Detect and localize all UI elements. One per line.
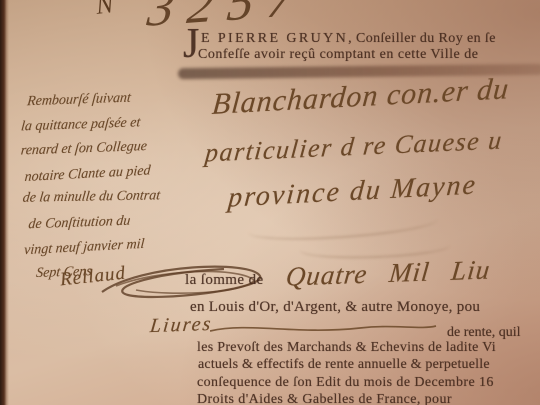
printed-body-line: actuels & effectifs de rente annuelle & … xyxy=(198,357,490,373)
amount-flourish-line xyxy=(210,322,438,336)
printed-header-line2: Confeſſe avoir reçû comptant en cette Vi… xyxy=(198,47,478,63)
handwritten-amount-unit: Liures xyxy=(149,313,214,338)
handwritten-payee-line3: province du Mayne xyxy=(227,169,479,214)
printed-body-line: conſequence de ſon Edit du mois de Decem… xyxy=(197,375,494,391)
registry-number-prefix: N xyxy=(94,0,114,21)
printed-body-line: Droits d'Aides & Gabelles de France, pou… xyxy=(197,392,452,405)
handwritten-amount: Quatre Mil Liu xyxy=(284,254,492,292)
payer-name: E PIERRE GRUYN xyxy=(201,31,348,46)
printed-coin-line: en Louis d'Or, d'Argent, & autre Monoye,… xyxy=(190,299,480,316)
parchment-content: N 3257 J E PIERRE GRUYN, Conſeiller du R… xyxy=(0,0,540,405)
handwritten-payee-line1: Blanchardon con.er du xyxy=(211,72,511,122)
drop-cap-initial: J xyxy=(183,24,199,64)
handwritten-payee-line2: particulier d re Cauese u xyxy=(204,125,505,168)
document-photo: N 3257 J E PIERRE GRUYN, Conſeiller du R… xyxy=(0,0,540,405)
printed-body-line: les Prevoſt des Marchands & Echevins de … xyxy=(197,340,496,356)
printed-somme-prefix: la ſomme de xyxy=(185,272,264,289)
printed-rente-fragment: de rente, quil xyxy=(447,325,520,341)
printed-header-line1: E PIERRE GRUYN, Conſeiller du Roy en ſe xyxy=(201,30,496,47)
payer-title: , Conſeiller du Roy en ſe xyxy=(348,31,496,46)
